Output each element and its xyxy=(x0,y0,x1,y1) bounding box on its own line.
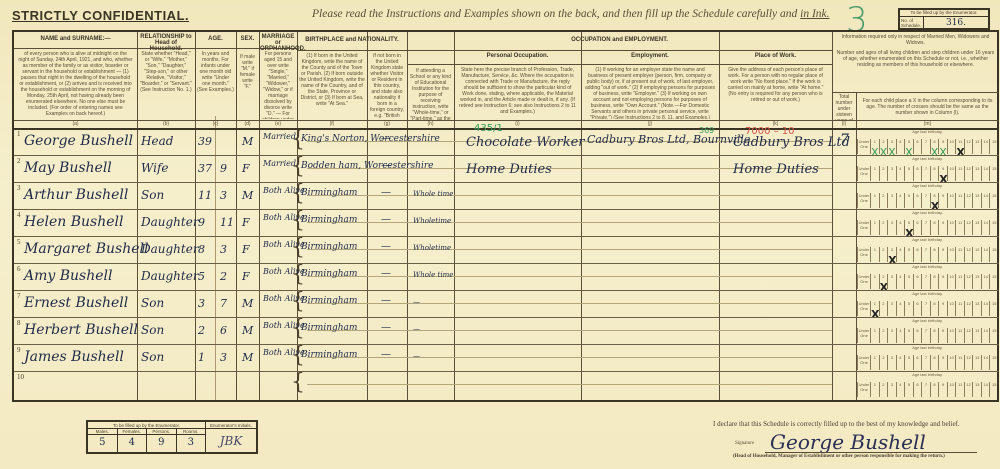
age-cell-1: 1 xyxy=(870,220,879,235)
census-form-table: NAME and SURNAME:—RELATIONSHIP to Head o… xyxy=(12,30,999,402)
birthplace-column-instructions: (1) If born in the United Kingdom, write… xyxy=(299,53,365,119)
age-cell-15: 15 xyxy=(989,328,998,343)
age-cell-11: 11 xyxy=(955,193,964,208)
birthplace-value: Birmingham xyxy=(301,323,357,333)
column-ref-letter: (l) xyxy=(832,121,856,127)
occupation-group-title: OCCUPATION and EMPLOYMENT. xyxy=(407,37,832,47)
sex-value: F xyxy=(242,243,250,256)
age-cell-11: 11 xyxy=(955,220,964,235)
age-cell-12: 12 xyxy=(964,247,973,262)
age-cell-10: 10 xyxy=(947,355,956,370)
age-cell-6: 6 xyxy=(913,355,922,370)
age-cell-13: 13 xyxy=(972,301,981,316)
age-cell-12: 12 xyxy=(964,220,973,235)
child-age-grid: Age last birthday.Under One1234567891011… xyxy=(857,318,998,343)
age-cell-under-one: Under One xyxy=(857,382,870,397)
row-divider xyxy=(14,290,999,291)
age-cell-7: 7 xyxy=(921,166,930,181)
age-cell-7: 7 xyxy=(921,193,930,208)
enumerator-box: To be filled up by the Enumerator. Males… xyxy=(86,420,258,454)
education-value: — xyxy=(413,352,420,360)
age-cell-9: 9 xyxy=(938,382,947,397)
relationship-column-title: RELATIONSHIP to Head of Household. xyxy=(138,34,194,48)
age-months-divider xyxy=(215,116,216,400)
initials-heading: Enumerator's Initials. xyxy=(206,422,256,429)
place-of-work-value: Home Duties xyxy=(733,162,819,177)
occupation-subheader-line xyxy=(407,64,454,65)
column-ref-letter: (a) xyxy=(14,121,137,127)
age-cell-5: 5X xyxy=(904,139,913,154)
child-age-grid: Age last birthday.Under One1X23456789101… xyxy=(857,291,998,316)
birthplace-value: Birmingham xyxy=(301,215,357,225)
row-number: 1 xyxy=(17,130,21,138)
age-cell-9: 9X xyxy=(938,139,947,154)
age-cell-1: 1 xyxy=(870,328,879,343)
brace-mark: { xyxy=(291,372,305,394)
row-number: 5 xyxy=(17,238,21,246)
age-cell-12: 12 xyxy=(964,139,973,154)
occupation-value: Home Duties xyxy=(466,162,552,177)
age-cell-4: 4 xyxy=(896,247,905,262)
child-age-grid: Age last birthday.Under One12X3456789101… xyxy=(857,264,998,289)
age-cell-10: 10 xyxy=(947,193,956,208)
age-cell-2: 2X xyxy=(879,139,888,154)
age-cell-6: 6 xyxy=(913,328,922,343)
age-cell-14: 14 xyxy=(981,193,990,208)
age-cell-11: 11 xyxy=(955,355,964,370)
marriage-value: Both Alive xyxy=(263,240,305,249)
marriage-value: Both Alive xyxy=(263,348,305,357)
age-cell-13: 13 xyxy=(972,166,981,181)
age-cell-6: 6 xyxy=(913,247,922,262)
age-cell-7: 7 xyxy=(921,220,930,235)
row-number: 2 xyxy=(17,157,21,165)
age-cell-3: 3 xyxy=(887,301,896,316)
age-column-title: AGE. xyxy=(195,36,236,46)
age-cell-7: 7 xyxy=(921,355,930,370)
age-years-value: 37 xyxy=(198,162,212,175)
age-cell-under-one: Under One xyxy=(857,166,870,181)
age-cell-8: 8X xyxy=(930,193,939,208)
schedule-number: 316. xyxy=(924,17,988,30)
age-cell-under-one: Under One xyxy=(857,193,870,208)
age-cell-1: 1 xyxy=(870,166,879,181)
age-cell-12: 12 xyxy=(964,382,973,397)
age-cell-12: 12 xyxy=(964,193,973,208)
age-cell-1: 1 xyxy=(870,355,879,370)
age-cell-9: 9 xyxy=(938,220,947,235)
age-cell-5: 5 xyxy=(904,193,913,208)
signature-caption: (Head of Household, Manager of Establish… xyxy=(733,454,945,459)
employment-title: Employment. xyxy=(581,53,719,63)
age-cell-5: 5 xyxy=(904,274,913,289)
age-cell-6: 6 xyxy=(913,193,922,208)
age-cell-14: 14 xyxy=(981,220,990,235)
row-number: 9 xyxy=(17,346,21,354)
education-value: — xyxy=(413,325,420,333)
marriage-value: Married xyxy=(263,159,296,168)
sex-value: F xyxy=(242,216,250,229)
row-divider xyxy=(14,344,999,345)
relationship-value: Daughter xyxy=(141,269,199,283)
relationship-value: Head xyxy=(141,134,173,148)
birthplace-value: Birmingham xyxy=(301,242,357,252)
place-of-work-instructions: Give the address of each person's place … xyxy=(723,67,828,119)
age-years-value: 5 xyxy=(198,270,205,283)
birthplace-value: Birmingham xyxy=(301,188,357,198)
age-cell-5: 5 xyxy=(904,301,913,316)
age-months-value: 6 xyxy=(220,324,227,337)
child-age-grid: Age last birthday.Under One123X456789101… xyxy=(857,237,998,262)
person-name: Herbert Bushell xyxy=(24,322,138,338)
age-months-value: 3 xyxy=(220,351,227,364)
age-months-value: 3 xyxy=(220,243,227,256)
age-cell-2: 2 xyxy=(879,166,888,181)
age-cell-2: 2 xyxy=(879,355,888,370)
place-of-work-title: Place of Work. xyxy=(719,53,832,63)
person-name: May Bushell xyxy=(24,160,112,176)
marriage-value: Both Alive xyxy=(263,213,305,222)
age-cell-2: 2 xyxy=(879,220,888,235)
column-ref-letter: (m) xyxy=(856,121,999,127)
age-cell-15: 15 xyxy=(989,139,998,154)
females-count: 4 xyxy=(118,435,148,452)
education-value: Wholetime xyxy=(413,244,451,252)
education-value: Whole time xyxy=(413,271,453,279)
age-cell-5: 5 xyxy=(904,382,913,397)
sex-value: F xyxy=(242,162,250,175)
row-divider xyxy=(14,209,999,210)
row-number: 4 xyxy=(17,211,21,219)
declaration-text: I declare that this Schedule is correctl… xyxy=(713,420,960,428)
occupation-value: Chocolate Worker xyxy=(466,135,585,150)
birthplace-value: Birmingham xyxy=(301,296,357,306)
marriage-value: Married xyxy=(263,132,296,141)
occupation-code: 435/1 xyxy=(474,123,503,134)
row-half-divider xyxy=(307,384,832,385)
age-cell-8: 8X xyxy=(930,139,939,154)
age-cell-8: 8 xyxy=(930,220,939,235)
nationality-value: — xyxy=(381,349,391,360)
column-ref-letter: (b) xyxy=(137,121,195,127)
column-ref-letter: (g) xyxy=(367,121,407,127)
age-cell-6: 6 xyxy=(913,301,922,316)
birthplace-value: Bodden ham, Worcestershire xyxy=(301,161,433,171)
age-cell-14: 14 xyxy=(981,139,990,154)
age-cell-9: 9 xyxy=(938,301,947,316)
personal-occupation-title: Personal Occupation. xyxy=(454,53,581,63)
age-cell-13: 13 xyxy=(972,274,981,289)
age-cell-12: 12 xyxy=(964,328,973,343)
age-grid-caption: Age last birthday. xyxy=(857,318,998,328)
signature-line xyxy=(765,452,977,453)
age-cell-4: 4 xyxy=(896,166,905,181)
total-children-instructions: Total number under sixteen years of age.… xyxy=(833,94,855,120)
age-cell-14: 14 xyxy=(981,247,990,262)
row-number: 10 xyxy=(17,373,24,381)
age-cell-14: 14 xyxy=(981,355,990,370)
age-cell-3: 3 xyxy=(887,166,896,181)
age-cell-4: 4 xyxy=(896,139,905,154)
marriage-value: Both Alive xyxy=(263,321,305,330)
age-cell-under-one: Under One xyxy=(857,301,870,316)
age-column-instructions: In years and months. For infants under o… xyxy=(197,51,234,113)
occupation-group-line xyxy=(407,50,832,51)
age-months-value: 3 xyxy=(220,189,227,202)
age-cell-2: 2X xyxy=(879,274,888,289)
age-cell-8: 8 xyxy=(930,166,939,181)
employment-instructions: (1) If working for an employer state the… xyxy=(585,67,715,119)
relationship-value: Son xyxy=(141,350,164,364)
row-divider xyxy=(14,263,999,264)
column-ref-letter: (c) xyxy=(195,121,236,127)
age-cell-10: 10 xyxy=(947,382,956,397)
column-ref-letter: (h) xyxy=(407,121,454,127)
age-cell-13: 13 xyxy=(972,247,981,262)
age-cell-10: 10 xyxy=(947,166,956,181)
birthplace-value: King's Norton, Worcestershire xyxy=(301,134,440,144)
age-months-value: 9 xyxy=(220,162,227,175)
age-cell-8: 8 xyxy=(930,355,939,370)
employment-code: 369 xyxy=(699,126,714,135)
child-age-grid: Age last birthday.Under One1X2X3X45X678X… xyxy=(857,129,998,154)
nationality-value: — xyxy=(381,241,391,252)
age-months-value: 7 xyxy=(220,297,227,310)
relationship-value: Wife xyxy=(141,161,169,175)
age-cell-7: 7 xyxy=(921,139,930,154)
sex-value: M xyxy=(242,297,253,310)
age-cell-11: 11 xyxy=(955,382,964,397)
sex-value: M xyxy=(242,189,253,202)
age-cell-4: 4 xyxy=(896,355,905,370)
sex-value: M xyxy=(242,351,253,364)
age-cell-1: 1X xyxy=(870,139,879,154)
age-years-value: 39 xyxy=(198,135,212,148)
age-cell-2: 2 xyxy=(879,193,888,208)
age-cell-1: 1X xyxy=(870,301,879,316)
age-cell-4: 4 xyxy=(896,220,905,235)
age-cell-12: 12 xyxy=(964,274,973,289)
age-cell-14: 14 xyxy=(981,382,990,397)
age-cell-10: 10 xyxy=(947,247,956,262)
age-months-value: 11 xyxy=(220,216,234,229)
relationship-value: Daughter xyxy=(141,215,199,229)
nationality-value: — xyxy=(381,322,391,333)
age-cell-under-one: Under One xyxy=(857,328,870,343)
age-cell-5: 5 xyxy=(904,166,913,181)
age-cell-9: 9 xyxy=(938,193,947,208)
birthplace-value: Birmingham xyxy=(301,269,357,279)
relationship-value: Son xyxy=(141,296,164,310)
age-cell-15: 15 xyxy=(989,193,998,208)
children-subheader-line xyxy=(832,92,999,93)
age-cell-8: 8 xyxy=(930,382,939,397)
age-cell-15: 15 xyxy=(989,301,998,316)
age-cell-14: 14 xyxy=(981,166,990,181)
child-age-grid: Age last birthday.Under One123456789X101… xyxy=(857,156,998,181)
age-cell-15: 15 xyxy=(989,166,998,181)
age-cell-13: 13 xyxy=(972,328,981,343)
age-cell-4: 4 xyxy=(896,301,905,316)
age-cell-5: 5 xyxy=(904,247,913,262)
age-cell-4: 4 xyxy=(896,274,905,289)
child-age-grid: Age last birthday.Under One1234567891011… xyxy=(857,372,998,397)
age-cell-3: 3 xyxy=(887,220,896,235)
age-cell-7: 7 xyxy=(921,328,930,343)
age-cell-11: 11 xyxy=(955,328,964,343)
age-years-value: 8 xyxy=(198,243,205,256)
age-years-value: 9 xyxy=(198,216,205,229)
age-cell-5: 5 xyxy=(904,328,913,343)
instructions-text: Please read the Instructions and Example… xyxy=(312,8,800,20)
age-cell-under-one: Under One xyxy=(857,274,870,289)
employment-value: Cadbury Bros Ltd, Bournville xyxy=(587,133,750,146)
age-cell-under-one: Under One xyxy=(857,355,870,370)
schedule-number-box: To be filled up by the Enumerator. No. o… xyxy=(898,8,990,30)
education-value: — xyxy=(413,298,420,306)
sex-value: F xyxy=(242,270,250,283)
age-cell-15: 15 xyxy=(989,247,998,262)
age-cell-9: 9 xyxy=(938,274,947,289)
birthplace-group-line xyxy=(297,50,407,51)
age-cell-2: 2 xyxy=(879,328,888,343)
age-cell-3: 3X xyxy=(887,139,896,154)
marriage-column-instructions: For persons aged 15 and over write "Sing… xyxy=(261,51,295,119)
nationality-value: — xyxy=(381,187,391,198)
age-cell-10: 10 xyxy=(947,220,956,235)
sex-value: M xyxy=(242,324,253,337)
age-cell-8: 8 xyxy=(930,247,939,262)
sex-column-title: SEX. xyxy=(236,36,259,46)
age-cell-1: 1 xyxy=(870,382,879,397)
age-cell-15: 15 xyxy=(989,220,998,235)
place-of-work-code: 7000 – 10 xyxy=(745,126,795,137)
females-header: Females. xyxy=(118,429,148,434)
age-grid-caption: Age last birthday. xyxy=(857,210,998,220)
age-cell-7: 7 xyxy=(921,247,930,262)
nationality-value: — xyxy=(381,268,391,279)
age-cell-7: 7 xyxy=(921,274,930,289)
age-cell-8: 8 xyxy=(930,301,939,316)
person-name: James Bushell xyxy=(24,349,124,365)
sex-value: M xyxy=(242,135,253,148)
age-cell-6: 6 xyxy=(913,382,922,397)
age-cell-9: 9 xyxy=(938,328,947,343)
age-cell-11: 11 xyxy=(955,247,964,262)
age-cell-1: 1 xyxy=(870,274,879,289)
children-intro-instructions: Number and ages of all living children a… xyxy=(836,50,995,90)
age-cell-14: 14 xyxy=(981,301,990,316)
birthplace-value: Birmingham xyxy=(301,350,357,360)
age-cell-6: 6 xyxy=(913,274,922,289)
nationality-value: — xyxy=(381,214,391,225)
person-name: George Bushell xyxy=(24,133,133,149)
age-cell-13: 13 xyxy=(972,193,981,208)
age-cell-7: 7 xyxy=(921,382,930,397)
age-grid-caption: Age last birthday. xyxy=(857,237,998,247)
age-cell-6: 6 xyxy=(913,139,922,154)
age-cell-13: 13 xyxy=(972,220,981,235)
age-cell-under-one: Under One xyxy=(857,247,870,262)
age-cell-10: 10 xyxy=(947,274,956,289)
age-cell-3: 3 xyxy=(887,193,896,208)
education-column-instructions: If attending a School or any kind of Edu… xyxy=(409,68,452,120)
age-cell-9: 9 xyxy=(938,355,947,370)
child-age-grid: Age last birthday.Under One12345X6789101… xyxy=(857,210,998,235)
nationality-column-instructions: If not born in the United Kingdom state … xyxy=(369,53,405,119)
nationality-value: — xyxy=(381,160,391,171)
signature-label: Signature xyxy=(735,441,754,446)
enumerator-box-heading: To be filled up by the Enumerator. xyxy=(88,422,205,429)
age-cell-4: 4 xyxy=(896,193,905,208)
row-divider xyxy=(14,155,999,156)
row-divider xyxy=(14,371,999,372)
person-name: Arthur Bushell xyxy=(24,187,128,203)
confidential-title: STRICTLY CONFIDENTIAL. xyxy=(12,8,189,23)
age-cell-8: 8 xyxy=(930,274,939,289)
age-cell-under-one: Under One xyxy=(857,139,870,154)
age-cell-13: 13 xyxy=(972,382,981,397)
relationship-value: Daughter xyxy=(141,242,199,256)
row-number: 8 xyxy=(17,319,21,327)
age-months-value: 2 xyxy=(220,270,227,283)
row-divider xyxy=(14,182,999,183)
row-number: 7 xyxy=(17,292,21,300)
relationship-column-instructions: State whether "Head," or "Wife," "Mother… xyxy=(139,51,193,119)
age-cell-9: 9X xyxy=(938,166,947,181)
age-cell-2: 2 xyxy=(879,301,888,316)
age-cell-13: 13 xyxy=(972,139,981,154)
age-years-value: 1 xyxy=(198,351,205,364)
schedule-box-label: No. of Schedule. xyxy=(900,17,924,30)
relationship-value: Son xyxy=(141,188,164,202)
age-cell-1: 1 xyxy=(870,193,879,208)
persons-header: Persons. xyxy=(147,429,177,434)
age-grid-caption: Age last birthday. xyxy=(857,156,998,166)
education-value: Wholetime xyxy=(413,217,451,225)
married-info-title: Information required only in respect of … xyxy=(836,34,995,48)
age-grid-caption: Age last birthday. xyxy=(857,129,998,139)
age-cell-7: 7 xyxy=(921,301,930,316)
rooms-header: Rooms. xyxy=(177,429,206,434)
occupation-subheader-line xyxy=(454,64,832,65)
census-schedule-page: STRICTLY CONFIDENTIAL. Please read the I… xyxy=(0,0,1000,469)
person-name: Margaret Bushell xyxy=(24,241,148,257)
children-ages-instructions: For each child place a X in the column c… xyxy=(862,98,993,120)
name-column-title: NAME and SURNAME:— xyxy=(18,36,133,46)
place-of-work-value: Cadbury Bros Ltd xyxy=(733,135,850,150)
age-grid-caption: Age last birthday. xyxy=(857,264,998,274)
marriage-column-title: MARRIAGE or ORPHANHOOD. xyxy=(260,34,296,48)
males-count: 5 xyxy=(88,435,118,452)
age-grid-caption: Age last birthday. xyxy=(857,183,998,193)
row-number: 6 xyxy=(17,265,21,273)
person-name: Ernest Bushell xyxy=(24,295,128,311)
sex-column-instructions: If male write "M." if female write "F." xyxy=(238,54,257,114)
rooms-count: 3 xyxy=(177,435,206,452)
row-number: 3 xyxy=(17,184,21,192)
person-name: Amy Bushell xyxy=(24,268,113,284)
age-cell-12: 12 xyxy=(964,166,973,181)
age-cell-9: 9 xyxy=(938,247,947,262)
age-cell-10: 10 xyxy=(947,139,956,154)
age-cell-8: 8 xyxy=(930,328,939,343)
age-cell-4: 4 xyxy=(896,328,905,343)
name-column-instructions: of every person who is alive at midnight… xyxy=(18,51,133,119)
males-header: Males. xyxy=(88,429,118,434)
row-divider xyxy=(14,317,999,318)
age-cell-3: 3 xyxy=(887,355,896,370)
